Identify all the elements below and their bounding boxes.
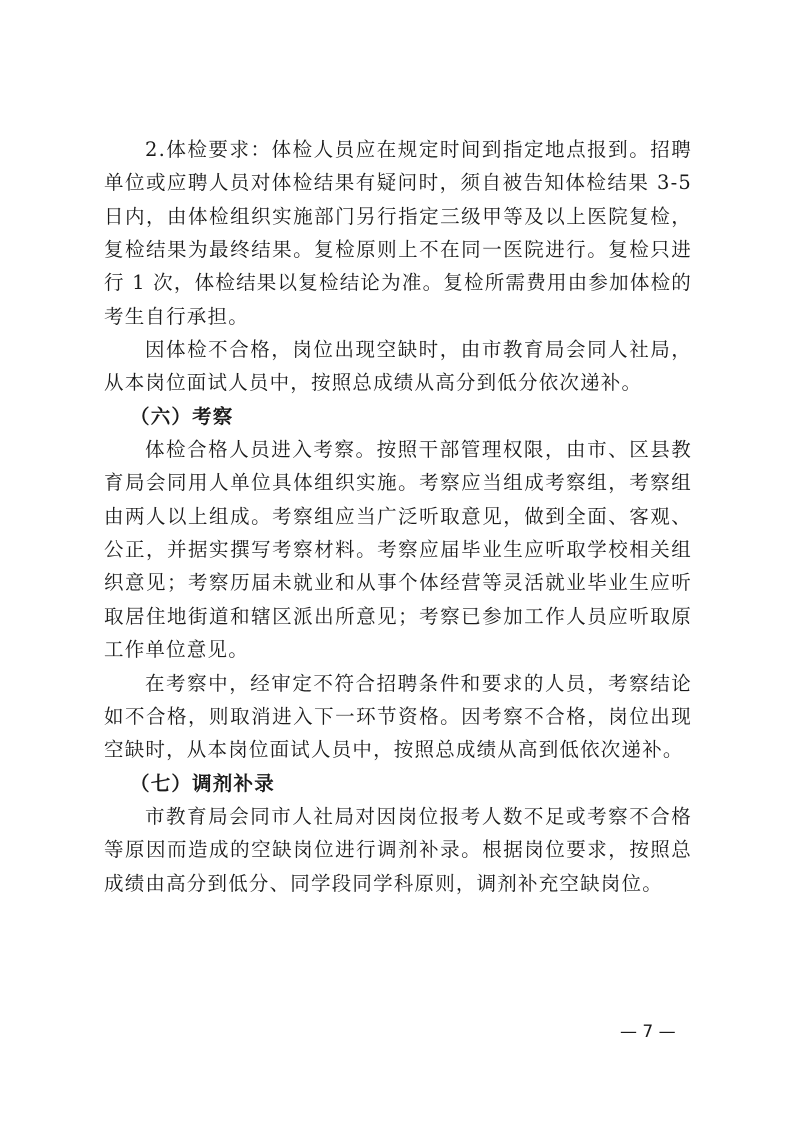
paragraph-inspection-process: 体检合格人员进入考察。按照干部管理权限，由市、区县教育局会同用人单位具体组织实施… (104, 433, 692, 666)
paragraph-inspection-failure: 在考察中，经审定不符合招聘条件和要求的人员，考察结论如不合格，则取消进入下一环节… (104, 667, 692, 767)
paragraph-adjustment-process: 市教育局会同市人社局对因岗位报考人数不足或考察不合格等原因而造成的空缺岗位进行调… (104, 800, 692, 900)
paragraph-physical-exam-requirements: 2.体检要求：体检人员应在规定时间到指定地点报到。招聘单位或应聘人员对体检结果有… (104, 133, 692, 333)
page-number: — 7 — (620, 1022, 700, 1042)
section-heading-inspection: （六）考察 (104, 400, 692, 433)
paragraph-exam-vacancy-backfill: 因体检不合格，岗位出现空缺时，由市教育局会同人社局，从本岗位面试人员中，按照总成… (104, 333, 692, 400)
section-heading-adjustment: （七）调剂补录 (104, 767, 692, 800)
document-body: 2.体检要求：体检人员应在规定时间到指定地点报到。招聘单位或应聘人员对体检结果有… (104, 133, 692, 900)
document-page: 2.体检要求：体检人员应在规定时间到指定地点报到。招聘单位或应聘人员对体检结果有… (0, 0, 793, 1122)
